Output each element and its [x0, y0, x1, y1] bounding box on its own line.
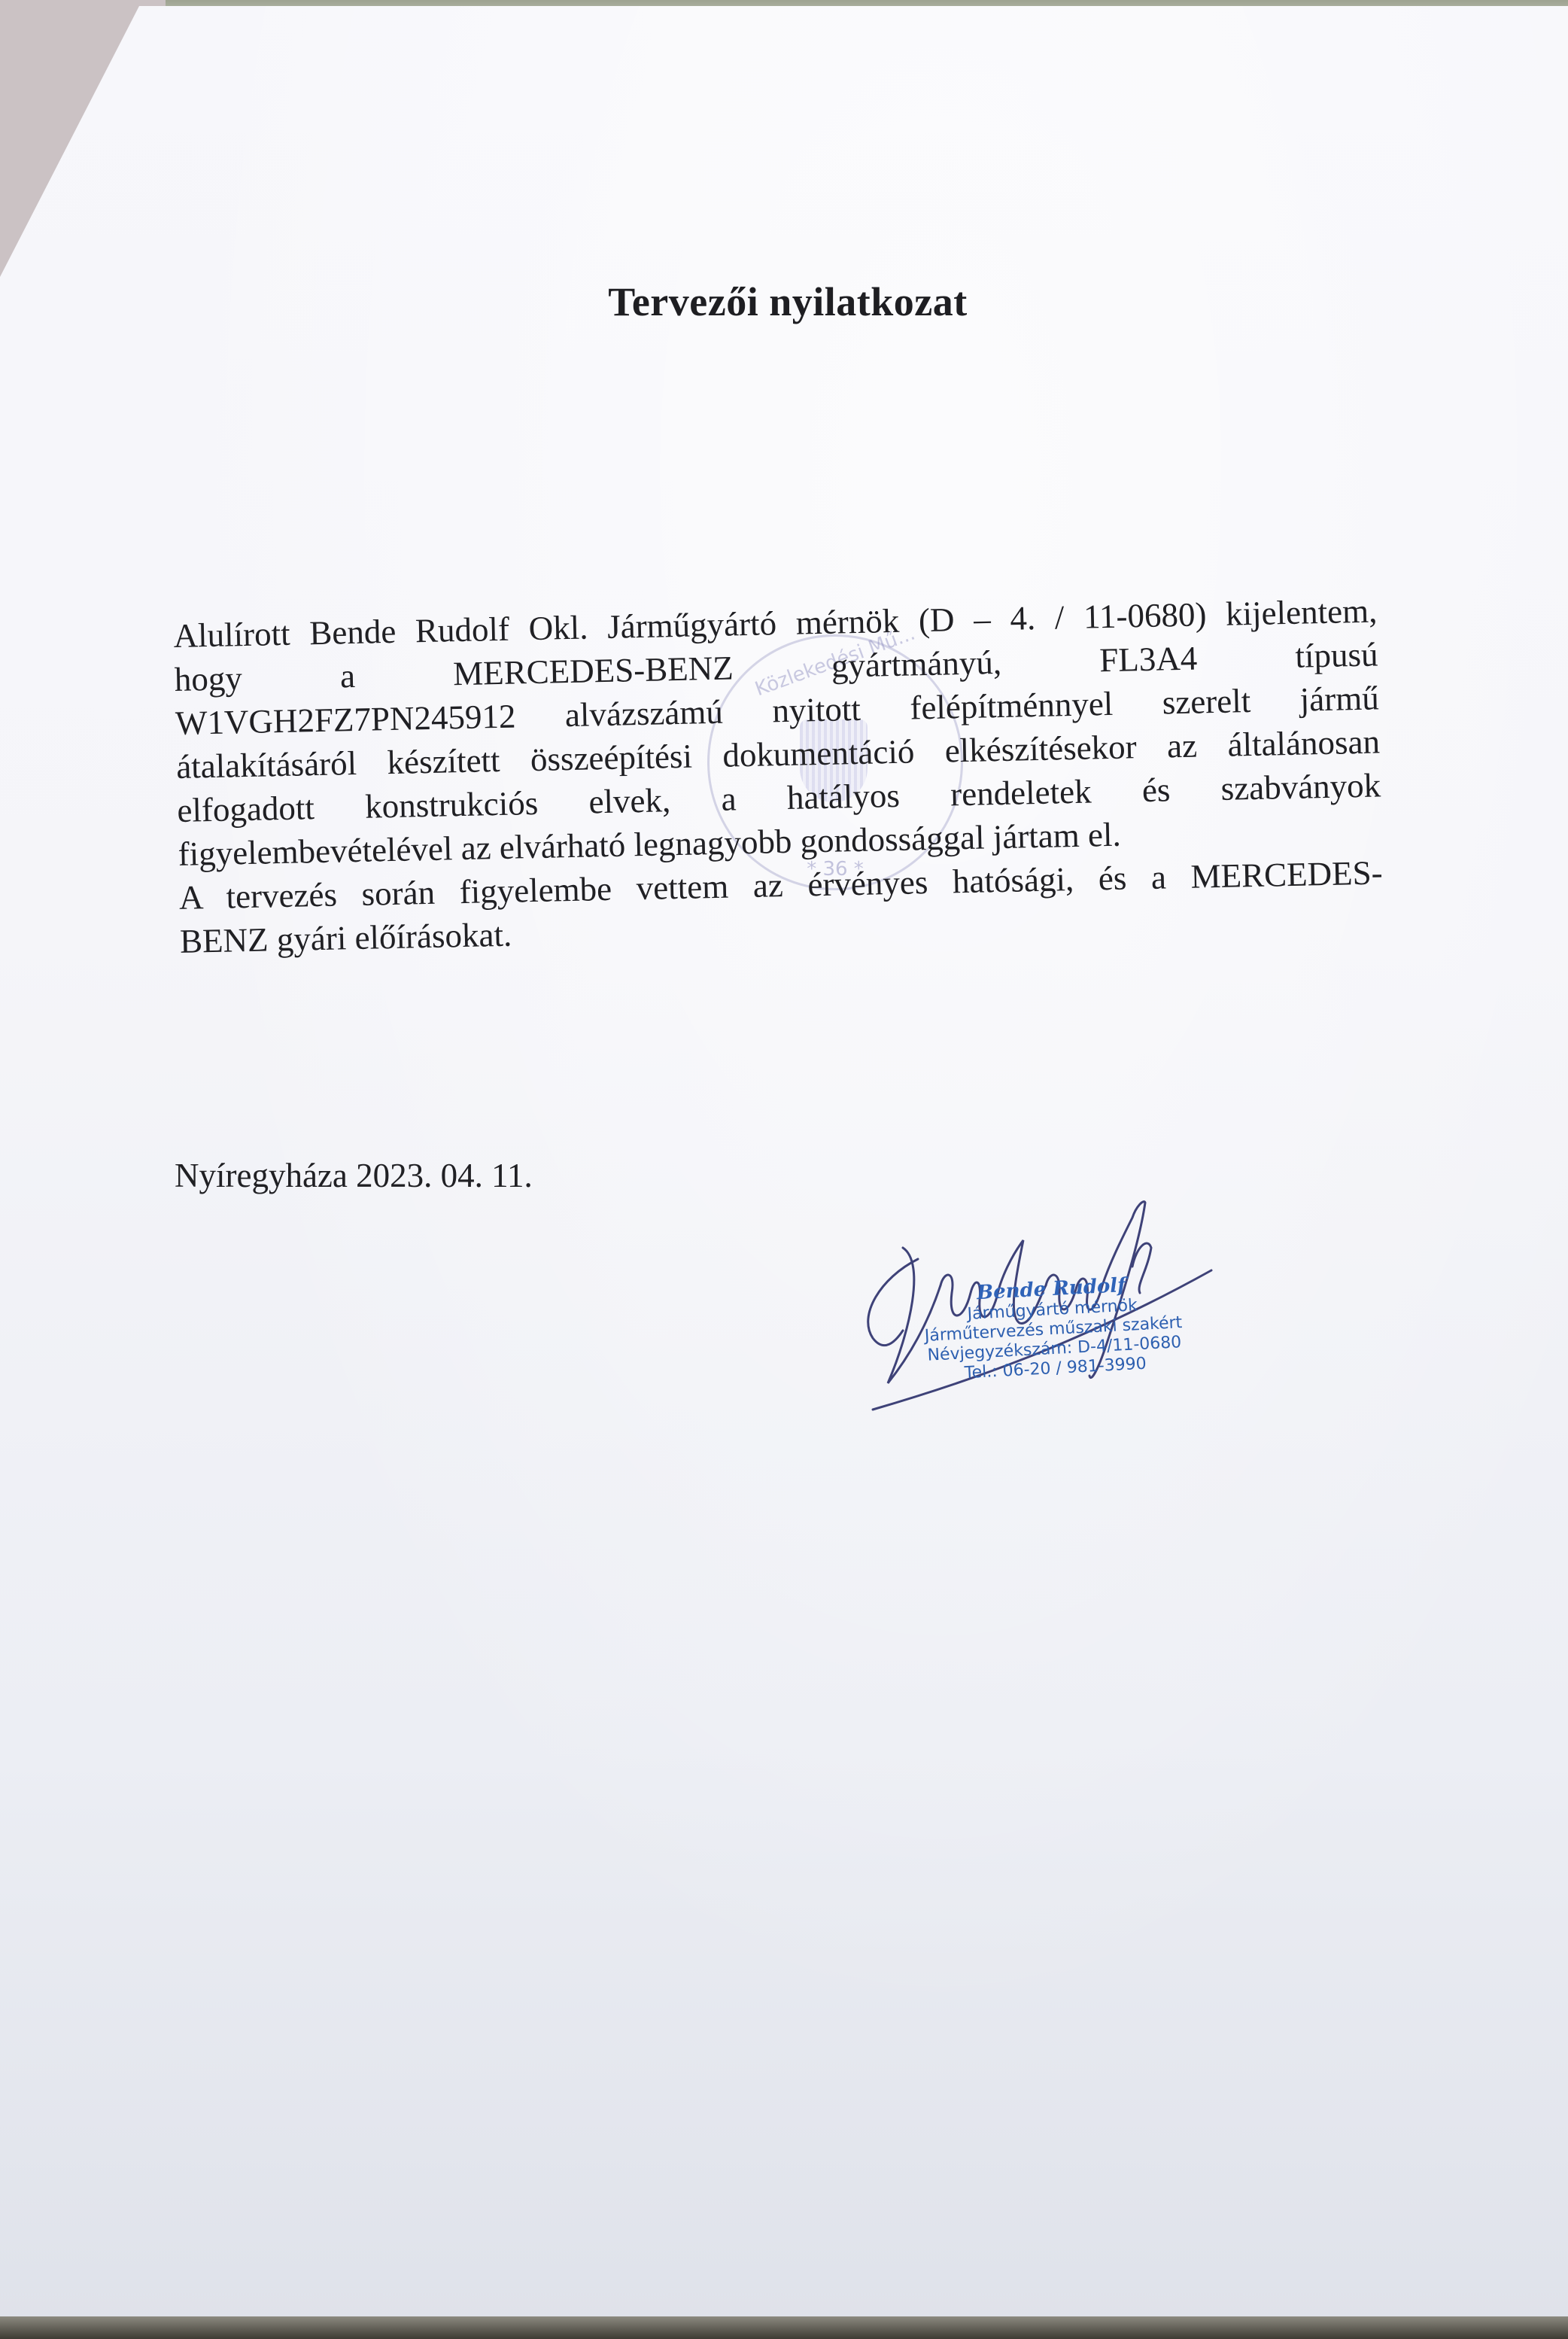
declaration-body: Alulírott Bende Rudolf Okl. Járműgyártó …	[173, 589, 1384, 963]
document-page: Tervezői nyilatkozat Közlekedési Mű... *…	[0, 6, 1568, 2328]
engineer-name-stamp: Bende Rudolf Járműgyártó mérnök Járműter…	[893, 1270, 1214, 1387]
document-title: Tervezői nyilatkozat	[0, 278, 1568, 325]
signature-block: Bende Rudolf Járműgyártó mérnök Járműter…	[850, 1195, 1241, 1421]
background-bottom	[0, 2316, 1568, 2339]
place-and-date: Nyíregyháza 2023. 04. 11.	[175, 1156, 533, 1195]
